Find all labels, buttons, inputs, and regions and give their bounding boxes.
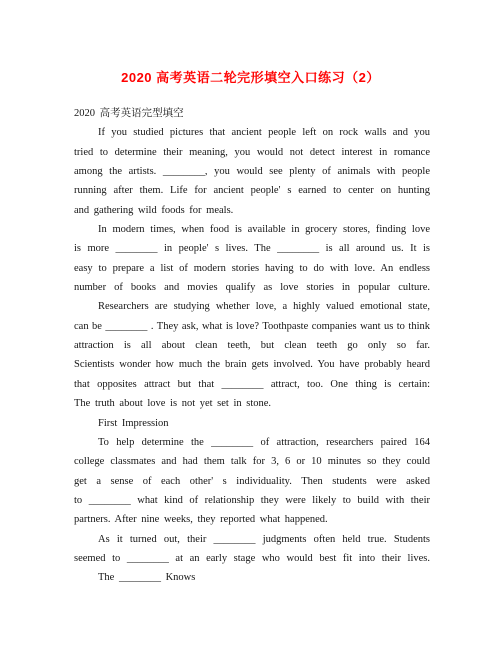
text-line: number of books and movies qualify as lo…: [74, 278, 430, 297]
text-line: to ________ what kind of relationship th…: [74, 491, 430, 510]
text-line: can be ________ . They ask, what is love…: [74, 317, 430, 336]
document-page: 2020 高考英语二轮完形填空入口练习（2） 2020 高考英语完型填空If y…: [0, 0, 501, 649]
document-body: 2020 高考英语完型填空If you studied pictures tha…: [74, 104, 430, 588]
text-line: If you studied pictures that ancient peo…: [74, 123, 430, 142]
text-line: college classmates and had them talk for…: [74, 452, 430, 471]
text-line: attraction is all about clean teeth, but…: [74, 336, 430, 355]
text-line: and gathering wild foods for meals.: [74, 201, 430, 220]
text-line: seemed to ________ at an early stage who…: [74, 549, 430, 568]
text-line: among the artists. ________, you would s…: [74, 162, 430, 181]
text-line: As it turned out, their ________ judgmen…: [74, 530, 430, 549]
document-title: 2020 高考英语二轮完形填空入口练习（2）: [0, 67, 501, 86]
text-line: The truth about love is not yet set in s…: [74, 394, 430, 413]
section-heading: 2020 高考英语完型填空: [74, 104, 430, 123]
text-line: partners. After nine weeks, they reporte…: [74, 510, 430, 529]
subheading-first-impression: First Impression: [74, 414, 430, 433]
text-line: running after them. Life for ancient peo…: [74, 181, 430, 200]
text-line: tried to determine their meaning, you wo…: [74, 143, 430, 162]
text-line: Scientists wonder how much the brain get…: [74, 355, 430, 374]
text-line: To help determine the ________ of attrac…: [74, 433, 430, 452]
subheading-the-blank-knows: The ________ Knows: [74, 568, 430, 587]
text-line: In modern times, when food is available …: [74, 220, 430, 239]
text-line: get a sense of each other' s individuali…: [74, 472, 430, 491]
text-line: that opposites attract but that ________…: [74, 375, 430, 394]
text-line: easy to prepare a list of modern stories…: [74, 259, 430, 278]
text-line: Researchers are studying whether love, a…: [74, 297, 430, 316]
text-line: is more ________ in people' s lives. The…: [74, 239, 430, 258]
